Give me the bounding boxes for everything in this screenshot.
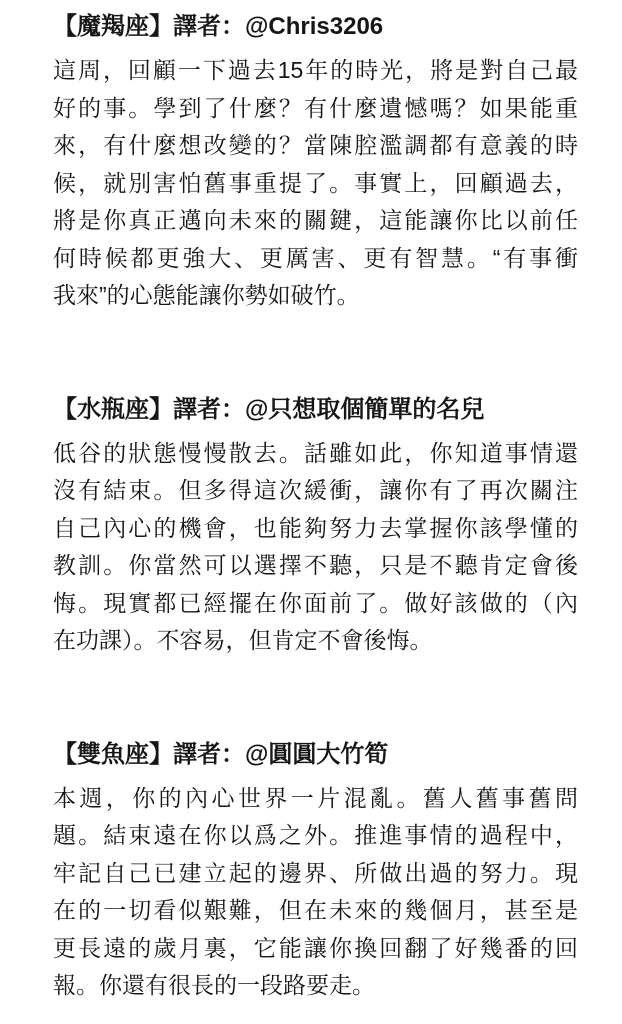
text-line: 何時候都更強大、更厲害、更有智慧。“有事衝 xyxy=(53,240,578,278)
text-line: 好的事。學到了什麼？有什麼遺憾嗎？如果能重 xyxy=(53,90,578,128)
section-pisces: 【雙魚座】譯者：@圓圓大竹筍 本週，你的內心世界一片混亂。舊人舊事舊問題。結束遠… xyxy=(53,736,578,1005)
section-aquarius: 【水瓶座】譯者：@只想取個簡單的名兒 低谷的狀態慢慢散去。話雖如此，你知道事情還… xyxy=(53,391,578,660)
section-capricorn-body: 這周，回顧一下過去15年的時光，將是對自己最好的事。學到了什麼？有什麼遺憾嗎？如… xyxy=(53,52,578,315)
text-line: 在功課）。不容易，但肯定不會後悔。 xyxy=(53,622,578,660)
section-capricorn: 【魔羯座】譯者：@Chris3206 這周，回顧一下過去15年的時光，將是對自己… xyxy=(53,8,578,315)
text-line: 沒有結束。但多得這次緩衝，讓你有了再次關注 xyxy=(53,472,578,510)
text-line: 在的一切看似艱難，但在未來的幾個月，甚至是 xyxy=(53,892,578,930)
text-line: 低谷的狀態慢慢散去。話雖如此，你知道事情還 xyxy=(53,435,578,473)
section-pisces-body: 本週，你的內心世界一片混亂。舊人舊事舊問題。結束遠在你以爲之外。推進事情的過程中… xyxy=(53,780,578,1005)
text-line: 牢記自己已建立起的邊界、所做出過的努力。現 xyxy=(53,855,578,893)
text-line: 候，就別害怕舊事重提了。事實上，回顧過去， xyxy=(53,165,578,203)
text-line: 題。結束遠在你以爲之外。推進事情的過程中， xyxy=(53,817,578,855)
text-line: 自己內心的機會，也能夠努力去掌握你該學懂的 xyxy=(53,510,578,548)
text-line: 將是你真正邁向未來的關鍵，這能讓你比以前任 xyxy=(53,202,578,240)
text-line: 我來”的心態能讓你勢如破竹。 xyxy=(53,277,578,315)
text-line: 教訓。你當然可以選擇不聽，只是不聽肯定會後 xyxy=(53,547,578,585)
text-line: 本週，你的內心世界一片混亂。舊人舊事舊問 xyxy=(53,780,578,818)
section-aquarius-body: 低谷的狀態慢慢散去。話雖如此，你知道事情還沒有結束。但多得這次緩衝，讓你有了再次… xyxy=(53,435,578,660)
text-line: 這周，回顧一下過去15年的時光，將是對自己最 xyxy=(53,52,578,90)
section-capricorn-header: 【魔羯座】譯者：@Chris3206 xyxy=(53,8,578,46)
text-line: 悔。現實都已經擺在你面前了。做好該做的（內 xyxy=(53,585,578,623)
text-line: 更長遠的歲月裏，它能讓你換回翻了好幾番的回 xyxy=(53,930,578,968)
text-line: 報。你還有很長的一段路要走。 xyxy=(53,967,578,1005)
section-aquarius-header: 【水瓶座】譯者：@只想取個簡單的名兒 xyxy=(53,391,578,429)
section-pisces-header: 【雙魚座】譯者：@圓圓大竹筍 xyxy=(53,736,578,774)
text-line: 來，有什麼想改變的？當陳腔濫調都有意義的時 xyxy=(53,127,578,165)
horoscope-text-page: 【魔羯座】譯者：@Chris3206 這周，回顧一下過去15年的時光，將是對自己… xyxy=(0,0,622,1024)
